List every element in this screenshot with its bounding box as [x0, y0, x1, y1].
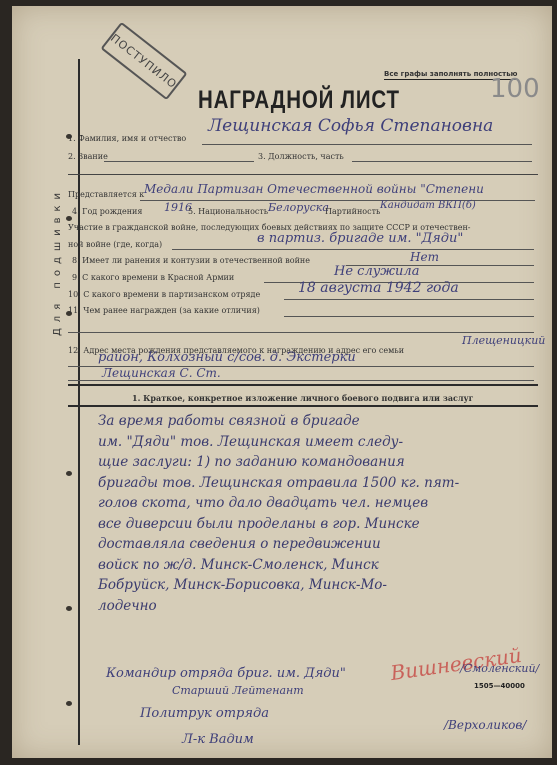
field-address-value-1: Плещеницкий — [462, 334, 545, 347]
field-address-value-2: район, Колхозный с/сов. д. Экстерки — [98, 350, 356, 365]
narrative-text: За время работы связной в бригаде им. "Д… — [98, 411, 557, 616]
received-stamp: ПОСТУПИЛО — [100, 22, 187, 101]
page-title: НАГРАДНОЙ ЛИСТ — [198, 86, 400, 115]
divider — [284, 299, 534, 300]
narrative-line: бригады тов. Лещинская отравила 1500 кг.… — [98, 473, 557, 494]
field-rank-label: 2. Звание — [68, 152, 108, 161]
field-nominated-value: Медали Партизан Отечественной войны "Сте… — [144, 182, 484, 196]
field-wounds-label: 8. Имеет ли ранения и контузии в отечест… — [72, 256, 310, 265]
narrative-heading: 1. Краткое, конкретное изложение личного… — [132, 393, 474, 403]
politruk-label: Политрук отряда — [140, 706, 269, 721]
field-nationality-label: 5. Национальность — [188, 207, 268, 216]
narrative-line: все диверсии были проделаны в гор. Минск… — [98, 514, 557, 535]
punch-hole-icon — [66, 216, 72, 221]
politruk-signature: Л-к Вадим — [182, 732, 254, 747]
divider — [104, 161, 254, 162]
field-partisan-since-label: 10. С какого времени в партизанском отря… — [68, 290, 260, 299]
stamp-text: ПОСТУПИЛО — [108, 31, 179, 91]
field-party-value: Кандидат ВКП(б) — [380, 200, 476, 211]
field-partisan-since-value: 18 августа 1942 года — [298, 280, 459, 296]
field-war-participation-value: в партиз. бригаде им. "Дяди" — [257, 231, 463, 246]
field-war-participation-label-2: ной войне (где, когда) — [68, 240, 162, 249]
field-position-label: 3. Должность, часть — [258, 152, 344, 161]
divider — [68, 332, 534, 333]
signature-right-1: /Смоленский/ — [460, 662, 539, 675]
divider — [352, 161, 532, 162]
divider — [202, 144, 532, 145]
divider — [172, 249, 534, 250]
commander-rank: Старший Лейтенант — [172, 684, 304, 697]
narrative-line: голов скота, что дало двадцать чел. немц… — [98, 493, 557, 514]
print-code: 1505—40000 — [474, 682, 525, 690]
field-name-value: Лещинская Софья Степановна — [208, 116, 493, 136]
narrative-line: доставляла сведения о передвижении — [98, 534, 557, 555]
punch-hole-icon — [66, 701, 72, 706]
field-previous-awards-label: 11. Чем ранее награжден (за какие отличи… — [68, 306, 260, 315]
binding-label: Для подшивки — [52, 187, 63, 336]
field-wounds-value: Нет — [410, 250, 439, 264]
field-red-army-label: 9. С какого времени в Красной Армии — [72, 273, 234, 282]
field-nationality-value: Белоруска — [268, 201, 329, 214]
narrative-line: Бобруйск, Минск-Борисовка, Минск-Мо- — [98, 575, 557, 596]
punch-hole-icon — [66, 471, 72, 476]
section-divider — [68, 384, 538, 386]
narrative-line: войск по ж/д. Минск-Смоленск, Минск — [98, 555, 557, 576]
section-divider — [68, 405, 538, 407]
divider — [68, 380, 534, 381]
field-red-army-value: Не служила — [334, 264, 419, 279]
archive-number: 100 — [490, 74, 540, 104]
signature-right-2: /Верхоликов/ — [444, 718, 526, 732]
field-address-value-3: Лещинская С. Ст. — [102, 366, 221, 380]
divider — [284, 316, 534, 317]
commander-signature-line: Командир отряда бриг. им. Дяди" — [106, 666, 346, 681]
award-sheet: Для подшивки ПОСТУПИЛО Все графы заполня… — [12, 6, 552, 758]
field-birth-year-label: 4. Год рождения — [72, 207, 142, 216]
field-nominated-label: Представляется к — [68, 190, 144, 199]
narrative-line: За время работы связной в бригаде — [98, 411, 557, 432]
field-party-label: Партийность — [325, 207, 380, 216]
narrative-line: им. "Дяди" тов. Лещинская имеет следу- — [98, 432, 557, 453]
divider — [68, 174, 538, 175]
narrative-line: щие заслуги: 1) по заданию командования — [98, 452, 557, 473]
narrative-line: лодечно — [98, 596, 557, 617]
binding-margin-line — [78, 59, 80, 745]
field-name-label: 1. Фамилия, имя и отчество — [68, 134, 186, 143]
punch-hole-icon — [66, 606, 72, 611]
